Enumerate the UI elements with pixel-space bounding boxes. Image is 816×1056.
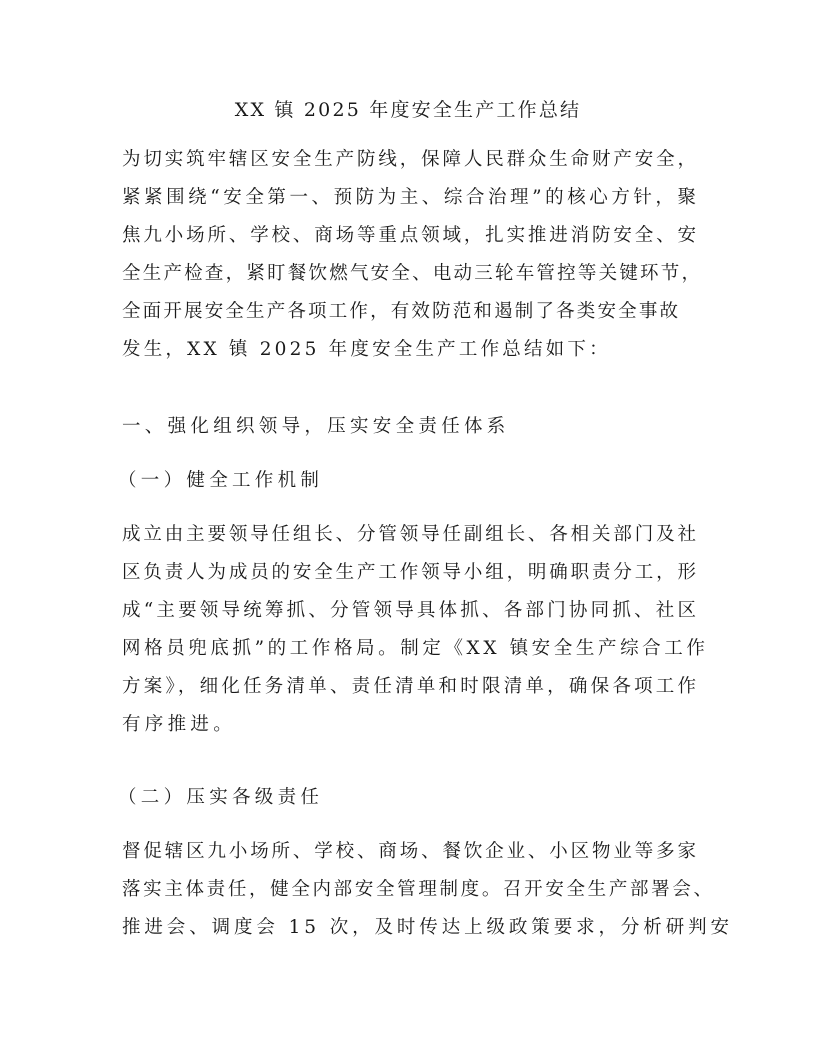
subsection-heading-2: （二）压实各级责任 [118, 785, 323, 811]
sub1-line-1: 成立由主要领导任组长、分管领导任副组长、各相关部门及社 [122, 522, 696, 548]
sub2-line-1: 督促辖区九小场所、学校、商场、餐饮企业、小区物业等多家 [122, 839, 696, 865]
subsection-heading-1: （一）健全工作机制 [118, 468, 323, 494]
sub1-line-5: 方案》，细化任务清单、责任清单和时限清单，确保各项工作 [122, 674, 696, 700]
intro-line-5: 全面开展安全生产各项工作，有效防范和遏制了各类安全事故 [122, 299, 678, 325]
intro-line-1: 为切实筑牢辖区安全生产防线，保障人民群众生命财产安全， [122, 147, 696, 173]
intro-line-4: 全生产检查，紧盯餐饮燃气安全、电动三轮车管控等关键环节， [122, 261, 700, 287]
intro-line-6: 发生，XX 镇 2025 年度安全生产工作总结如下： [122, 337, 611, 363]
sub1-line-3: 成“主要领导统筹抓、分管领导具体抓、各部门协同抓、社区 [122, 598, 696, 624]
sub2-line-3: 推进会、调度会 15 次，及时传达上级政策要求，分析研判安 [122, 915, 733, 941]
sub1-line-4: 网格员兜底抓”的工作格局。制定《XX 镇安全生产综合工作 [122, 636, 708, 662]
section-heading-1: 一、强化组织领导，压实安全责任体系 [122, 414, 510, 440]
document-page: XX 镇 2025 年度安全生产工作总结 为切实筑牢辖区安全生产防线，保障人民群… [0, 0, 816, 1056]
sub1-line-2: 区负责人为成员的安全生产工作领导小组，明确职责分工，形 [122, 560, 696, 586]
sub2-line-2: 落实主体责任，健全内部安全管理制度。召开安全生产部署会、 [122, 877, 712, 903]
intro-line-2: 紧紧围绕“安全第一、预防为主、综合治理”的核心方针，聚 [122, 185, 696, 211]
sub1-line-6: 有序推进。 [122, 712, 236, 738]
document-title: XX 镇 2025 年度安全生产工作总结 [0, 97, 816, 123]
intro-line-3: 焦九小场所、学校、商场等重点领域，扎实推进消防安全、安 [122, 223, 696, 249]
